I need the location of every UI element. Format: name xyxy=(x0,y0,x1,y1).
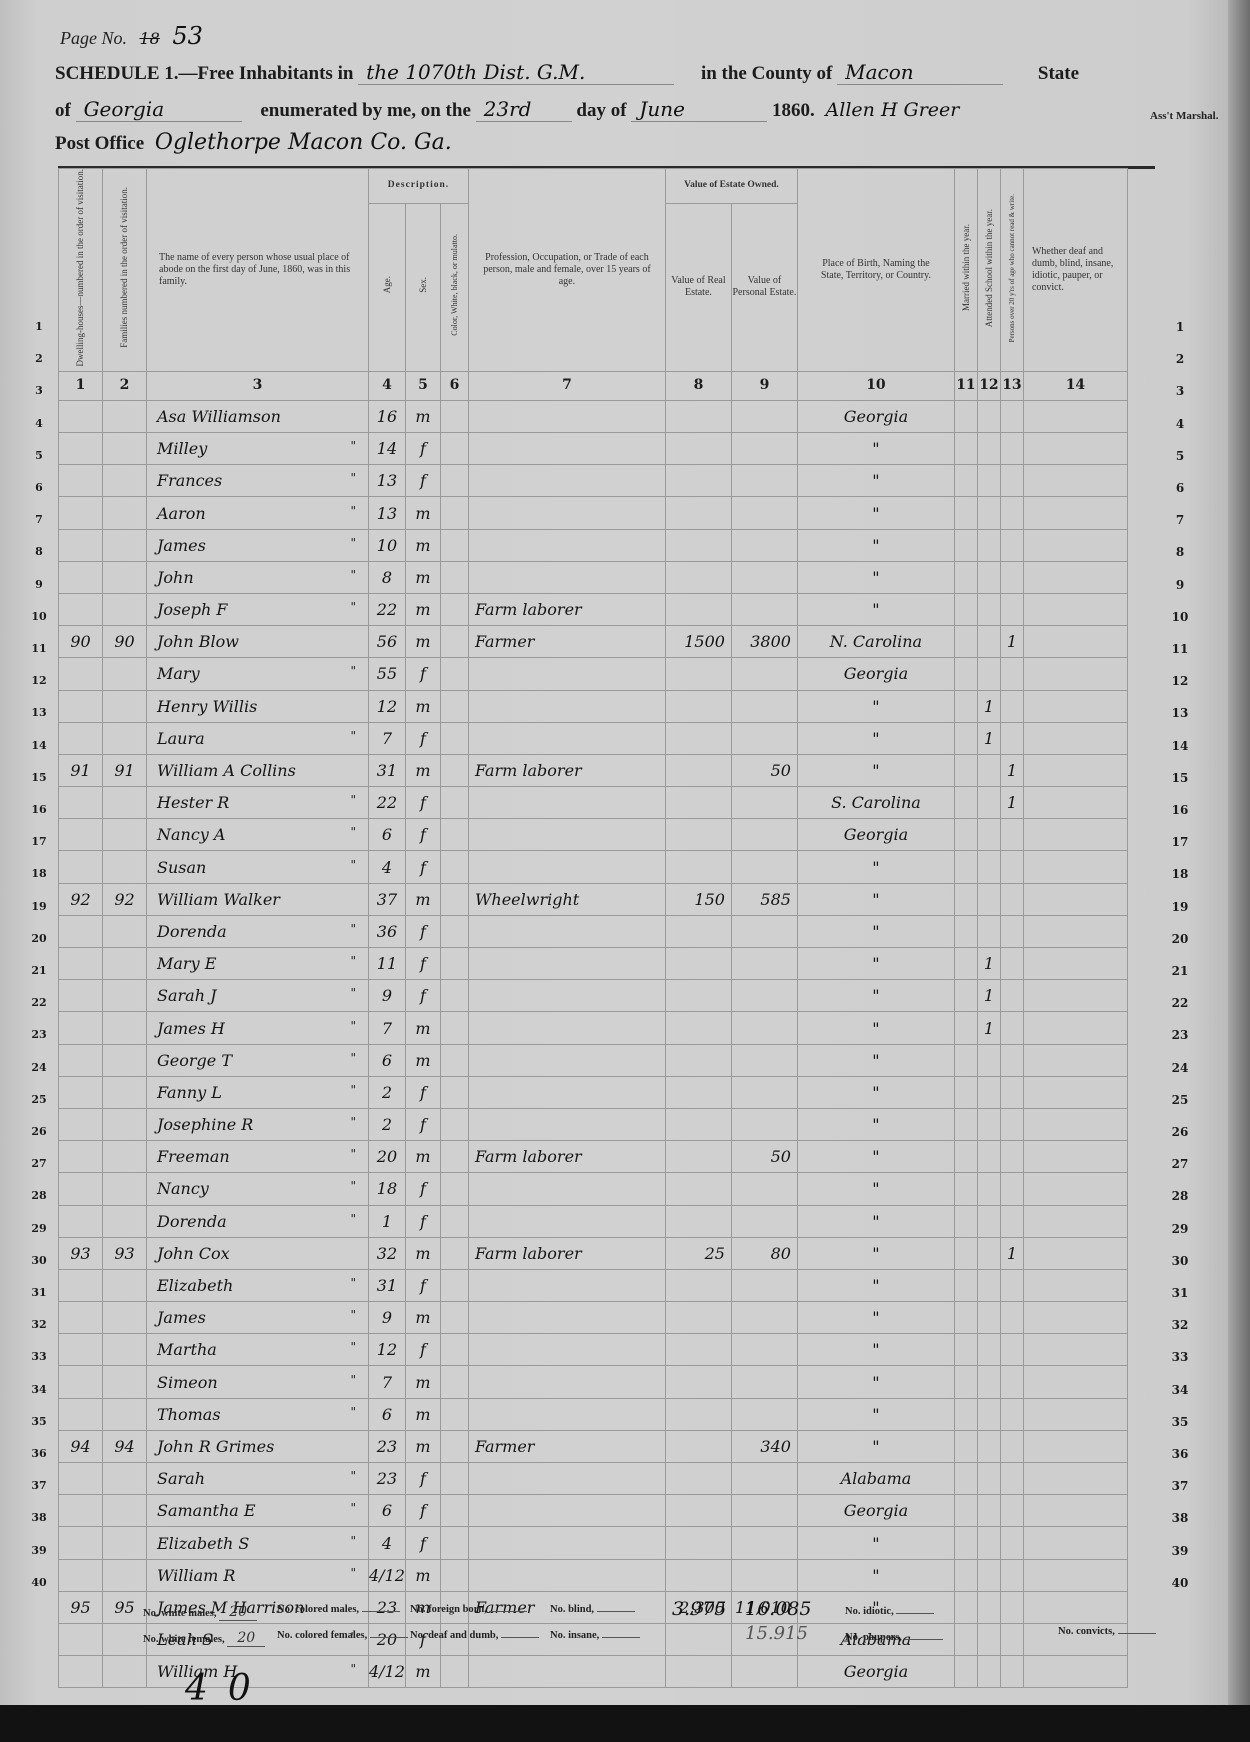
birthplace: " xyxy=(797,754,954,786)
condition xyxy=(1023,1237,1127,1269)
column-number: 11 xyxy=(954,371,977,400)
person-name: Susan" xyxy=(147,851,369,883)
married-mark xyxy=(954,1527,977,1559)
birthplace: " xyxy=(797,851,954,883)
sex: m xyxy=(405,1366,440,1398)
personal-estate-value xyxy=(731,465,797,497)
col-header-birthplace: Place of Birth, Naming the State, Territ… xyxy=(797,169,954,372)
personal-estate-value xyxy=(731,1398,797,1430)
age: 37 xyxy=(369,883,406,915)
condition xyxy=(1023,497,1127,529)
line-number-left: 10 xyxy=(25,610,53,623)
col-header-dwelling: Dwelling-houses—numbered in the order of… xyxy=(59,169,103,372)
line-number-right: 26 xyxy=(1165,1125,1195,1139)
ditto-mark: " xyxy=(350,1501,356,1515)
color xyxy=(440,722,468,754)
birthplace: " xyxy=(797,1237,954,1269)
color xyxy=(440,400,468,432)
white-females-label: No. white females, xyxy=(143,1634,225,1645)
real-estate-value xyxy=(665,1012,731,1044)
line-number-left: 2 xyxy=(25,352,53,365)
age: 31 xyxy=(369,754,406,786)
married-mark xyxy=(954,1076,977,1108)
condition xyxy=(1023,1430,1127,1462)
census-row: Fanny L"2f" xyxy=(59,1076,1128,1108)
occupation xyxy=(468,722,665,754)
line-number-right: 32 xyxy=(1165,1318,1195,1332)
color xyxy=(440,819,468,851)
real-estate-value xyxy=(665,1141,731,1173)
real-estate-value xyxy=(665,1108,731,1140)
married-mark xyxy=(954,1398,977,1430)
census-row: Mary E"11f"1 xyxy=(59,948,1128,980)
ditto-mark: " xyxy=(350,1212,356,1226)
school-mark xyxy=(977,1398,1000,1430)
census-row: Milley"14f" xyxy=(59,433,1128,465)
color xyxy=(440,529,468,561)
colored-males-blank xyxy=(362,1611,400,1612)
personal-estate-value: 3800 xyxy=(731,626,797,658)
family-number xyxy=(103,1527,147,1559)
condition xyxy=(1023,400,1127,432)
family-number xyxy=(103,1044,147,1076)
school-mark: 1 xyxy=(977,1012,1000,1044)
married-mark xyxy=(954,1141,977,1173)
dwelling-number xyxy=(59,1398,103,1430)
occupation: Farm laborer xyxy=(468,593,665,625)
married-mark xyxy=(954,1495,977,1527)
age: 9 xyxy=(369,980,406,1012)
dwelling-number xyxy=(59,1173,103,1205)
occupation xyxy=(468,1559,665,1591)
real-estate-value xyxy=(665,787,731,819)
post-office-line: Post Office Oglethorpe Macon Co. Ga. xyxy=(55,130,452,155)
dwelling-number xyxy=(59,1302,103,1334)
census-row: 9090John Blow56mFarmer15003800N. Carolin… xyxy=(59,626,1128,658)
married-mark xyxy=(954,1205,977,1237)
person-name: Nancy A" xyxy=(147,819,369,851)
dwelling-number xyxy=(59,400,103,432)
sex: m xyxy=(405,1141,440,1173)
colored-females-field: No. colored females, xyxy=(277,1630,408,1641)
birthplace: " xyxy=(797,948,954,980)
state-label: State xyxy=(1038,63,1079,84)
column-numbers-row: 1234567891011121314 xyxy=(59,371,1128,400)
illiterate-mark xyxy=(1000,1559,1023,1591)
dwelling-number xyxy=(59,529,103,561)
line-number-right: 1 xyxy=(1165,320,1195,334)
line-number-left: 3 xyxy=(25,384,53,397)
line-number-right: 8 xyxy=(1165,545,1195,559)
illiterate-mark xyxy=(1000,883,1023,915)
census-row: Samantha E"6fGeorgia xyxy=(59,1495,1128,1527)
sex: f xyxy=(405,722,440,754)
line-number-left: 32 xyxy=(25,1318,53,1331)
condition xyxy=(1023,433,1127,465)
personal-estate-value xyxy=(731,1076,797,1108)
real-estate-value xyxy=(665,1334,731,1366)
real-estate-value xyxy=(665,593,731,625)
illiterate-mark xyxy=(1000,400,1023,432)
line-number-right: 23 xyxy=(1165,1028,1195,1042)
total-personal-estate-corrected: 15.915 xyxy=(745,1623,808,1644)
line-number-left: 22 xyxy=(25,996,53,1009)
illiterate-mark xyxy=(1000,1141,1023,1173)
family-number xyxy=(103,1366,147,1398)
line-number-left: 28 xyxy=(25,1189,53,1202)
col-header-illiterate-text: Persons over 20 y'rs of age who cannot r… xyxy=(1008,194,1016,342)
census-row: Nancy"18f" xyxy=(59,1173,1128,1205)
color xyxy=(440,1108,468,1140)
illiterate-mark xyxy=(1000,1430,1023,1462)
personal-estate-value xyxy=(731,1366,797,1398)
person-name: Mary E" xyxy=(147,948,369,980)
person-name-text: Nancy A xyxy=(157,825,225,844)
person-name: Nancy" xyxy=(147,1173,369,1205)
census-row: Henry Willis12m"1 xyxy=(59,690,1128,722)
dwelling-number xyxy=(59,787,103,819)
real-estate-value xyxy=(665,1076,731,1108)
personal-estate-value xyxy=(731,529,797,561)
ditto-mark: " xyxy=(350,986,356,1000)
line-number-right: 24 xyxy=(1165,1061,1195,1075)
ditto-mark: " xyxy=(350,1147,356,1161)
dwelling-number xyxy=(59,1334,103,1366)
color xyxy=(440,1495,468,1527)
school-mark xyxy=(977,593,1000,625)
condition xyxy=(1023,593,1127,625)
person-name-text: Thomas xyxy=(157,1405,221,1424)
line-number-left: 40 xyxy=(25,1576,53,1589)
foreign-born-label: No. foreign born, xyxy=(410,1604,487,1615)
ditto-mark: " xyxy=(350,1276,356,1290)
person-name-text: Josephine R xyxy=(157,1115,253,1134)
ditto-mark: " xyxy=(350,536,356,550)
marshal-name: Allen H Greer xyxy=(826,99,960,121)
dwelling-number xyxy=(59,561,103,593)
real-estate-value xyxy=(665,1366,731,1398)
married-mark xyxy=(954,400,977,432)
sex: m xyxy=(405,1398,440,1430)
occupation xyxy=(468,787,665,819)
birthplace: " xyxy=(797,593,954,625)
school-mark: 1 xyxy=(977,690,1000,722)
line-number-right: 18 xyxy=(1165,867,1195,881)
census-row: Freeman"20mFarm laborer50" xyxy=(59,1141,1128,1173)
age: 18 xyxy=(369,1173,406,1205)
line-number-right: 7 xyxy=(1165,513,1195,527)
line-number-left: 29 xyxy=(25,1222,53,1235)
year-value: 1860. xyxy=(772,100,815,121)
family-number xyxy=(103,722,147,754)
census-row: Sarah J"9f"1 xyxy=(59,980,1128,1012)
personal-estate-value: 80 xyxy=(731,1237,797,1269)
line-number-right: 2 xyxy=(1165,352,1195,366)
sex: f xyxy=(405,1495,440,1527)
line-number-right: 20 xyxy=(1165,932,1195,946)
column-number: 6 xyxy=(440,371,468,400)
family-number xyxy=(103,593,147,625)
occupation: Wheelwright xyxy=(468,883,665,915)
colored-males-field: No. colored males, xyxy=(277,1604,400,1615)
census-row: 9191William A Collins31mFarm laborer50"1 xyxy=(59,754,1128,786)
occupation xyxy=(468,433,665,465)
person-name-text: William A Collins xyxy=(157,761,296,780)
dwelling-number xyxy=(59,1269,103,1301)
school-mark xyxy=(977,658,1000,690)
color xyxy=(440,1366,468,1398)
school-mark xyxy=(977,1205,1000,1237)
line-number-right: 37 xyxy=(1165,1479,1195,1493)
sex: f xyxy=(405,787,440,819)
census-row: Mary"55fGeorgia xyxy=(59,658,1128,690)
person-name: Frances" xyxy=(147,465,369,497)
illiterate-mark xyxy=(1000,948,1023,980)
occupation: Farm laborer xyxy=(468,1141,665,1173)
occupation xyxy=(468,980,665,1012)
line-number-left: 25 xyxy=(25,1093,53,1106)
col-header-family: Families numbered in the order of visita… xyxy=(103,169,147,372)
age: 2 xyxy=(369,1108,406,1140)
color xyxy=(440,1463,468,1495)
dwelling-number xyxy=(59,915,103,947)
convicts-blank xyxy=(1118,1633,1156,1634)
illiterate-mark xyxy=(1000,1173,1023,1205)
ditto-mark: " xyxy=(350,922,356,936)
person-name-text: Hester R xyxy=(157,793,229,812)
white-males-value: 20 xyxy=(219,1604,257,1621)
census-row: George T"6m" xyxy=(59,1044,1128,1076)
family-number: 94 xyxy=(103,1430,147,1462)
age: 12 xyxy=(369,690,406,722)
ditto-mark: " xyxy=(350,1051,356,1065)
occupation xyxy=(468,400,665,432)
sex: m xyxy=(405,400,440,432)
col-header-family-text: Families numbered in the order of visita… xyxy=(119,187,130,348)
person-name: Elizabeth" xyxy=(147,1269,369,1301)
illiterate-mark xyxy=(1000,1269,1023,1301)
family-number xyxy=(103,1495,147,1527)
person-name: Milley" xyxy=(147,433,369,465)
line-number-right: 22 xyxy=(1165,996,1195,1010)
real-estate-value xyxy=(665,529,731,561)
occupation xyxy=(468,1527,665,1559)
color xyxy=(440,1205,468,1237)
line-number-left: 38 xyxy=(25,1511,53,1524)
school-mark xyxy=(977,1495,1000,1527)
person-name-text: James H xyxy=(157,1019,225,1038)
sex: f xyxy=(405,1076,440,1108)
line-number-left: 15 xyxy=(25,771,53,784)
person-name: James H" xyxy=(147,1012,369,1044)
paupers-field: No. paupers, xyxy=(845,1632,943,1643)
census-row: Dorenda"1f" xyxy=(59,1205,1128,1237)
family-number xyxy=(103,1108,147,1140)
sex: m xyxy=(405,754,440,786)
person-name: Thomas" xyxy=(147,1398,369,1430)
real-estate-value xyxy=(665,1302,731,1334)
column-number: 10 xyxy=(797,371,954,400)
paupers-blank xyxy=(905,1639,943,1640)
dwelling-number xyxy=(59,851,103,883)
school-mark xyxy=(977,915,1000,947)
color xyxy=(440,433,468,465)
personal-estate-value xyxy=(731,1044,797,1076)
dwelling-number xyxy=(59,1205,103,1237)
person-name: Sarah J" xyxy=(147,980,369,1012)
person-name-text: Joseph F xyxy=(157,600,227,619)
family-number xyxy=(103,400,147,432)
column-number: 5 xyxy=(405,371,440,400)
white-males-label: No. white males, xyxy=(143,1608,217,1619)
married-mark xyxy=(954,497,977,529)
column-number: 7 xyxy=(468,371,665,400)
color xyxy=(440,1398,468,1430)
occupation xyxy=(468,1495,665,1527)
line-number-right: 28 xyxy=(1165,1189,1195,1203)
personal-estate-value xyxy=(731,1463,797,1495)
married-mark xyxy=(954,787,977,819)
summary-footer: No. white males, 20 No. white females, 2… xyxy=(135,1598,1155,1670)
occupation xyxy=(468,915,665,947)
col-header-married: Married within the year. xyxy=(954,169,977,372)
condition xyxy=(1023,948,1127,980)
ditto-mark: " xyxy=(350,1340,356,1354)
birthplace: " xyxy=(797,561,954,593)
birthplace: Georgia xyxy=(797,400,954,432)
census-rows: Asa Williamson16mGeorgiaMilley"14f"Franc… xyxy=(59,400,1128,1688)
personal-estate-value xyxy=(731,722,797,754)
color xyxy=(440,1334,468,1366)
line-number-left: 5 xyxy=(25,449,53,462)
school-mark xyxy=(977,1302,1000,1334)
census-row: Laura"7f"1 xyxy=(59,722,1128,754)
ditto-mark: " xyxy=(350,729,356,743)
personal-estate-value xyxy=(731,561,797,593)
color xyxy=(440,626,468,658)
total-personal-estate: 16.085 xyxy=(745,1598,811,1620)
family-number xyxy=(103,851,147,883)
illiterate-mark xyxy=(1000,1463,1023,1495)
person-name-text: Milley xyxy=(157,439,207,458)
married-mark xyxy=(954,1237,977,1269)
ditto-mark: " xyxy=(350,664,356,678)
family-number xyxy=(103,1398,147,1430)
dwelling-number xyxy=(59,722,103,754)
scan-border xyxy=(0,1705,1250,1742)
line-number-left: 1 xyxy=(25,320,53,333)
birthplace: " xyxy=(797,1108,954,1140)
ditto-mark: " xyxy=(350,1308,356,1322)
age: 10 xyxy=(369,529,406,561)
occupation xyxy=(468,1173,665,1205)
line-number-right: 21 xyxy=(1165,964,1195,978)
school-mark xyxy=(977,1141,1000,1173)
personal-estate-value xyxy=(731,851,797,883)
family-number: 93 xyxy=(103,1237,147,1269)
married-mark xyxy=(954,690,977,722)
person-name: Josephine R" xyxy=(147,1108,369,1140)
line-number-left: 27 xyxy=(25,1157,53,1170)
married-mark xyxy=(954,626,977,658)
dwelling-number xyxy=(59,819,103,851)
condition xyxy=(1023,658,1127,690)
ditto-mark: " xyxy=(350,793,356,807)
blind-field: No. blind, xyxy=(550,1604,635,1615)
family-number xyxy=(103,497,147,529)
family-number xyxy=(103,1334,147,1366)
age: 9 xyxy=(369,1302,406,1334)
real-estate-value xyxy=(665,980,731,1012)
family-number xyxy=(103,915,147,947)
age: 6 xyxy=(369,1398,406,1430)
dwelling-number: 90 xyxy=(59,626,103,658)
person-name-text: James xyxy=(157,536,206,555)
real-estate-value xyxy=(665,497,731,529)
sex: f xyxy=(405,980,440,1012)
person-name: Fanny L" xyxy=(147,1076,369,1108)
person-name-text: Laura xyxy=(157,729,205,748)
married-mark xyxy=(954,1302,977,1334)
age: 22 xyxy=(369,787,406,819)
illiterate-mark: 1 xyxy=(1000,754,1023,786)
age: 7 xyxy=(369,722,406,754)
personal-estate-value xyxy=(731,948,797,980)
page-number-label: Page No. xyxy=(60,28,127,48)
age: 13 xyxy=(369,465,406,497)
school-mark xyxy=(977,1173,1000,1205)
age: 7 xyxy=(369,1012,406,1044)
condition xyxy=(1023,915,1127,947)
age: 22 xyxy=(369,593,406,625)
real-estate-value xyxy=(665,400,731,432)
census-row: Martha"12f" xyxy=(59,1334,1128,1366)
line-number-right: 31 xyxy=(1165,1286,1195,1300)
line-number-left: 33 xyxy=(25,1350,53,1363)
color xyxy=(440,1012,468,1044)
census-row: Elizabeth"31f" xyxy=(59,1269,1128,1301)
ditto-mark: " xyxy=(350,954,356,968)
school-mark xyxy=(977,561,1000,593)
birthplace: " xyxy=(797,722,954,754)
occupation xyxy=(468,1302,665,1334)
personal-estate-value xyxy=(731,1302,797,1334)
family-number xyxy=(103,1269,147,1301)
col-header-occupation: Profession, Occupation, or Trade of each… xyxy=(468,169,665,372)
census-row: 9292William Walker37mWheelwright150585" xyxy=(59,883,1128,915)
person-name: William R" xyxy=(147,1559,369,1591)
person-name: Asa Williamson xyxy=(147,400,369,432)
birthplace: Alabama xyxy=(797,1463,954,1495)
color xyxy=(440,1076,468,1108)
line-number-right: 36 xyxy=(1165,1447,1195,1461)
color xyxy=(440,1044,468,1076)
occupation xyxy=(468,658,665,690)
occupation xyxy=(468,529,665,561)
dwelling-number xyxy=(59,980,103,1012)
condition xyxy=(1023,1398,1127,1430)
line-number-left: 16 xyxy=(25,803,53,816)
person-name-text: Frances xyxy=(157,471,222,490)
ditto-mark: " xyxy=(350,1083,356,1097)
line-number-left: 12 xyxy=(25,674,53,687)
census-row: Dorenda"36f" xyxy=(59,915,1128,947)
sex: m xyxy=(405,561,440,593)
person-name-text: George T xyxy=(157,1051,232,1070)
school-mark xyxy=(977,1269,1000,1301)
married-mark xyxy=(954,819,977,851)
post-office-value: Oglethorpe Macon Co. Ga. xyxy=(155,130,452,155)
